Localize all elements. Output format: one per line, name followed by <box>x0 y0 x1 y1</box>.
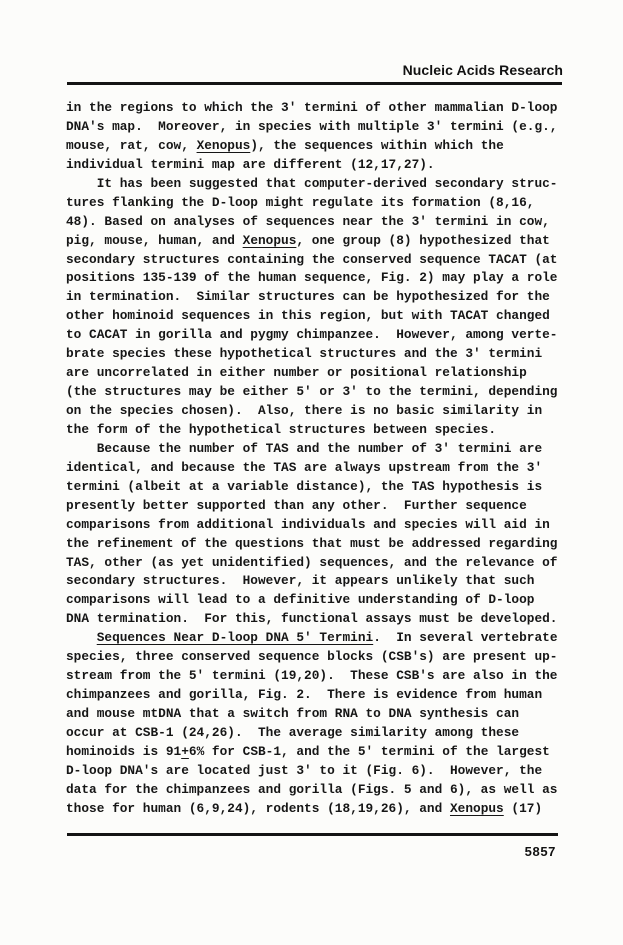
text-line: DNA's map. Moreover, in species with mul… <box>66 118 566 137</box>
text-line: on the species chosen). Also, there is n… <box>66 402 566 421</box>
text-segment: identical, and because the TAS are alway… <box>66 460 542 475</box>
text-line: termini (albeit at a variable distance),… <box>66 478 566 497</box>
text-line: (the structures may be either 5' or 3' t… <box>66 383 566 402</box>
text-segment: tures flanking the D-loop might regulate… <box>66 195 534 210</box>
text-segment: and mouse mtDNA that a switch from RNA t… <box>66 706 519 721</box>
text-segment: to CACAT in gorilla and pygmy chimpanzee… <box>66 327 557 342</box>
text-line: to CACAT in gorilla and pygmy chimpanzee… <box>66 326 566 345</box>
text-line: hominoids is 91+6% for CSB-1, and the 5'… <box>66 743 566 762</box>
text-line: 48). Based on analyses of sequences near… <box>66 213 566 232</box>
text-line: Because the number of TAS and the number… <box>66 440 566 459</box>
text-line: in the regions to which the 3' termini o… <box>66 99 566 118</box>
text-line: positions 135-139 of the human sequence,… <box>66 269 566 288</box>
text-segment: 6% for CSB-1, and the 5' termini of the … <box>189 744 550 759</box>
text-line: secondary structures. However, it appear… <box>66 572 566 591</box>
text-line: tures flanking the D-loop might regulate… <box>66 194 566 213</box>
text-line: other hominoid sequences in this region,… <box>66 307 566 326</box>
text-line: occur at CSB-1 (24,26). The average simi… <box>66 724 566 743</box>
text-segment: occur at CSB-1 (24,26). The average simi… <box>66 725 519 740</box>
text-segment: on the species chosen). Also, there is n… <box>66 403 542 418</box>
text-segment: D-loop DNA's are located just 3' to it (… <box>66 763 542 778</box>
text-segment: brate species these hypothetical structu… <box>66 346 542 361</box>
text-line: in termination. Similar structures can b… <box>66 288 566 307</box>
text-segment: data for the chimpanzees and gorilla (Fi… <box>66 782 557 797</box>
journal-title: Nucleic Acids Research <box>403 62 563 78</box>
journal-page: Nucleic Acids Research in the regions to… <box>0 0 623 945</box>
text-line: comparisons will lead to a definitive un… <box>66 591 566 610</box>
text-line: TAS, other (as yet unidentified) sequenc… <box>66 554 566 573</box>
text-segment: pig, mouse, human, and <box>66 233 243 248</box>
text-line: pig, mouse, human, and Xenopus, one grou… <box>66 232 566 251</box>
text-line: presently better supported than any othe… <box>66 497 566 516</box>
text-segment: comparisons will lead to a definitive un… <box>66 592 534 607</box>
page-number: 5857 <box>525 844 556 859</box>
underlined-term: Xenopus <box>243 233 297 248</box>
text-segment: those for human (6,9,24), rodents (18,19… <box>66 801 450 816</box>
underlined-term: Xenopus <box>450 801 504 816</box>
text-segment: secondary structures containing the cons… <box>66 252 557 267</box>
text-line: D-loop DNA's are located just 3' to it (… <box>66 762 566 781</box>
text-line: individual termini map are different (12… <box>66 156 566 175</box>
text-line: data for the chimpanzees and gorilla (Fi… <box>66 781 566 800</box>
text-segment: (the structures may be either 5' or 3' t… <box>66 384 557 399</box>
underlined-term: Sequences Near D-loop DNA 5' Termini <box>97 630 373 645</box>
text-line: DNA termination. For this, functional as… <box>66 610 566 629</box>
text-segment: TAS, other (as yet unidentified) sequenc… <box>66 555 557 570</box>
footer-rule <box>67 833 558 836</box>
text-line: comparisons from additional individuals … <box>66 516 566 535</box>
text-segment: chimpanzees and gorilla, Fig. 2. There i… <box>66 687 542 702</box>
text-line: stream from the 5' termini (19,20). Thes… <box>66 667 566 686</box>
text-segment: . In several vertebrate <box>373 630 557 645</box>
text-line: the refinement of the questions that mus… <box>66 535 566 554</box>
header-rule <box>67 82 562 85</box>
underlined-term: Xenopus <box>197 138 251 153</box>
text-segment: comparisons from additional individuals … <box>66 517 550 532</box>
text-line: It has been suggested that computer-deri… <box>66 175 566 194</box>
text-line: identical, and because the TAS are alway… <box>66 459 566 478</box>
text-segment: Because the number of TAS and the number… <box>66 441 542 456</box>
text-segment: the refinement of the questions that mus… <box>66 536 557 551</box>
text-line: are uncorrelated in either number or pos… <box>66 364 566 383</box>
text-segment: mouse, rat, cow, <box>66 138 197 153</box>
text-segment: the form of the hypothetical structures … <box>66 422 496 437</box>
text-line: brate species these hypothetical structu… <box>66 345 566 364</box>
underlined-term: + <box>181 744 189 759</box>
text-line: chimpanzees and gorilla, Fig. 2. There i… <box>66 686 566 705</box>
text-segment: positions 135-139 of the human sequence,… <box>66 270 557 285</box>
text-line: Sequences Near D-loop DNA 5' Termini. In… <box>66 629 566 648</box>
text-segment: in the regions to which the 3' termini o… <box>66 100 557 115</box>
text-segment: (17) <box>504 801 542 816</box>
body-text: in the regions to which the 3' termini o… <box>66 99 566 819</box>
text-segment: , one group (8) hypothesized that <box>296 233 549 248</box>
text-segment: 48). Based on analyses of sequences near… <box>66 214 550 229</box>
text-segment <box>66 630 97 645</box>
text-segment: individual termini map are different (12… <box>66 157 435 172</box>
text-segment: ), the sequences within which the <box>250 138 503 153</box>
text-segment: secondary structures. However, it appear… <box>66 573 534 588</box>
text-segment: DNA termination. For this, functional as… <box>66 611 557 626</box>
text-segment: It has been suggested that computer-deri… <box>66 176 557 191</box>
text-line: secondary structures containing the cons… <box>66 251 566 270</box>
text-line: species, three conserved sequence blocks… <box>66 648 566 667</box>
text-segment: are uncorrelated in either number or pos… <box>66 365 527 380</box>
text-segment: termini (albeit at a variable distance),… <box>66 479 542 494</box>
text-segment: presently better supported than any othe… <box>66 498 527 513</box>
text-line: those for human (6,9,24), rodents (18,19… <box>66 800 566 819</box>
text-segment: in termination. Similar structures can b… <box>66 289 550 304</box>
text-segment: DNA's map. Moreover, in species with mul… <box>66 119 557 134</box>
text-segment: species, three conserved sequence blocks… <box>66 649 557 664</box>
text-line: and mouse mtDNA that a switch from RNA t… <box>66 705 566 724</box>
text-segment: other hominoid sequences in this region,… <box>66 308 550 323</box>
text-segment: stream from the 5' termini (19,20). Thes… <box>66 668 557 683</box>
text-segment: hominoids is 91 <box>66 744 181 759</box>
text-line: the form of the hypothetical structures … <box>66 421 566 440</box>
text-line: mouse, rat, cow, Xenopus), the sequences… <box>66 137 566 156</box>
